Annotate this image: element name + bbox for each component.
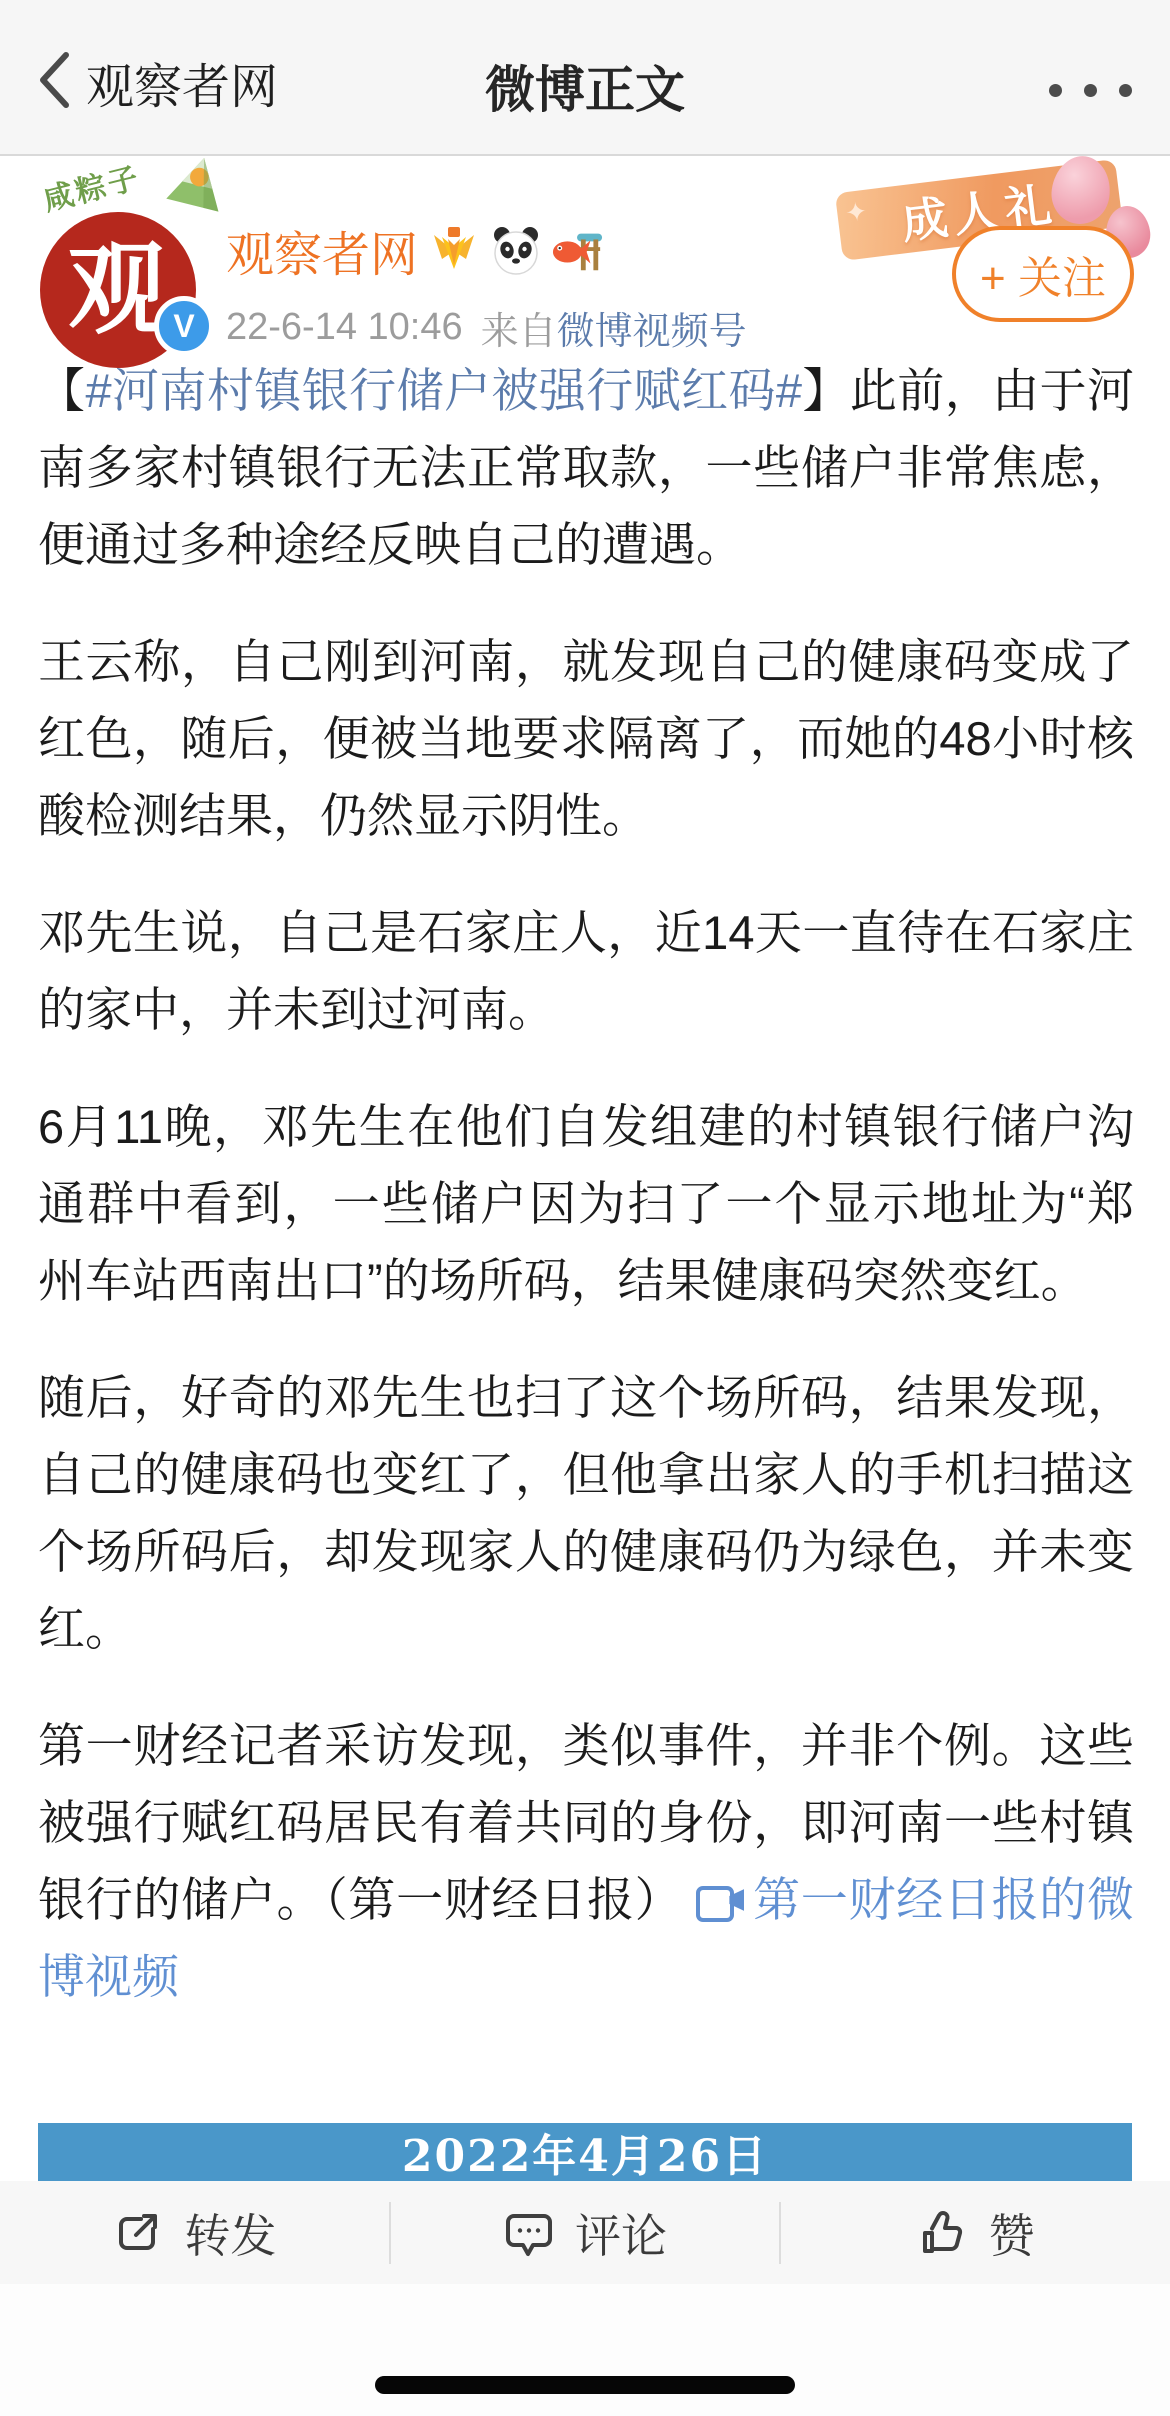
home-area bbox=[0, 2284, 1170, 2416]
action-toolbar: 转发 评论 赞 bbox=[0, 2181, 1170, 2284]
nav-bar: 观察者网 微博正文 bbox=[0, 0, 1170, 156]
source-prefix: 来自 bbox=[481, 300, 557, 355]
more-dots-icon bbox=[1084, 84, 1097, 97]
like-label: 赞 bbox=[989, 2200, 1035, 2266]
more-dots-icon bbox=[1119, 84, 1132, 97]
timestamp: 22-6-14 10:46 bbox=[226, 306, 463, 349]
video-camera-icon[interactable] bbox=[696, 1883, 744, 1919]
post-paragraph: 【#河南村镇银行储户被强行赋红码#】此前，由于河南多家村镇银行无法正常取款，一些… bbox=[38, 352, 1134, 583]
home-indicator[interactable] bbox=[375, 2376, 795, 2394]
back-button[interactable]: 观察者网 bbox=[34, 48, 278, 117]
post-paragraph: 随后，好奇的邓先生也扫了这个场所码，结果发现，自己的健康码也变红了，但他拿出家人… bbox=[38, 1359, 1134, 1667]
source-channel-link[interactable]: 微博视频号 bbox=[557, 300, 747, 355]
like-button[interactable]: 赞 bbox=[781, 2181, 1170, 2284]
post-paragraph: 6月11晚，邓先生在他们自发组建的村镇银行储户沟通群中看到，一些储户因为扫了一个… bbox=[38, 1088, 1134, 1319]
follow-button[interactable]: + 关注 bbox=[952, 226, 1134, 322]
panda-face-emoji-icon bbox=[490, 225, 542, 277]
repost-button[interactable]: 转发 bbox=[0, 2181, 389, 2284]
thumbs-up-icon bbox=[917, 2207, 969, 2259]
post-text: 王云称，自己刚到河南，就发现自己的健康码变成了红色，随后，便被当地要求隔离了，而… bbox=[38, 635, 1134, 842]
post-meta-row: 22-6-14 10:46 来自 微博视频号 bbox=[226, 300, 747, 355]
post-paragraph: 王云称，自己刚到河南，就发现自己的健康码变成了红色，随后，便被当地要求隔离了，而… bbox=[38, 623, 1134, 854]
avatar-decoration-label: 咸粽子 bbox=[38, 153, 145, 220]
avatar[interactable]: 观 咸粽子 V bbox=[40, 162, 240, 352]
post-body: 【#河南村镇银行储户被强行赋红码#】此前，由于河南多家村镇银行无法正常取款，一些… bbox=[38, 352, 1134, 2055]
back-label: 观察者网 bbox=[86, 48, 278, 117]
more-menu-button[interactable] bbox=[1049, 84, 1132, 97]
post-text: 邓先生说，自己是石家庄人，近14天一直待在石家庄的家中，并未到过河南。 bbox=[38, 906, 1134, 1036]
avatar-logo-char: 观 bbox=[68, 240, 168, 340]
username[interactable]: 观察者网 bbox=[226, 216, 418, 285]
username-row: 观察者网 bbox=[226, 216, 604, 285]
koi-torii-emoji-icon bbox=[552, 225, 604, 277]
page-title: 微博正文 bbox=[485, 50, 685, 122]
zongzi-icon bbox=[159, 147, 235, 225]
post-paragraph: 邓先生说，自己是石家庄人，近14天一直待在石家庄的家中，并未到过河南。 bbox=[38, 894, 1134, 1048]
back-chevron-icon bbox=[34, 50, 72, 115]
hashtag-link[interactable]: #河南村镇银行储户被强行赋红码# bbox=[85, 364, 802, 417]
comment-label: 评论 bbox=[575, 2200, 667, 2266]
repost-label: 转发 bbox=[184, 2200, 276, 2266]
post-text: 6月11晚，邓先生在他们自发组建的村镇银行储户沟通群中看到，一些储户因为扫了一个… bbox=[38, 1100, 1134, 1307]
weibo-post-screen: 观察者网 微博正文 观 咸粽子 V 观察者网 bbox=[0, 0, 1170, 2416]
post-text: 随后，好奇的邓先生也扫了这个场所码，结果发现，自己的健康码也变红了，但他拿出家人… bbox=[38, 1371, 1134, 1655]
sparkle-icon: ✦ bbox=[844, 196, 869, 229]
more-dots-icon bbox=[1049, 84, 1062, 97]
repost-icon bbox=[112, 2207, 164, 2259]
video-date-banner[interactable]: 2022年4月26日 bbox=[38, 2123, 1132, 2181]
comment-button[interactable]: 评论 bbox=[391, 2181, 780, 2284]
post-text: 【 bbox=[38, 364, 85, 417]
verified-badge: V bbox=[154, 296, 214, 356]
video-date-text: 2022年4月26日 bbox=[402, 2120, 768, 2184]
post-paragraph: 第一财经记者采访发现，类似事件，并非个例。这些被强行赋红码居民有着共同的身份，即… bbox=[38, 1707, 1134, 2015]
comment-icon bbox=[503, 2207, 555, 2259]
gold-medal-emoji-icon bbox=[428, 225, 480, 277]
